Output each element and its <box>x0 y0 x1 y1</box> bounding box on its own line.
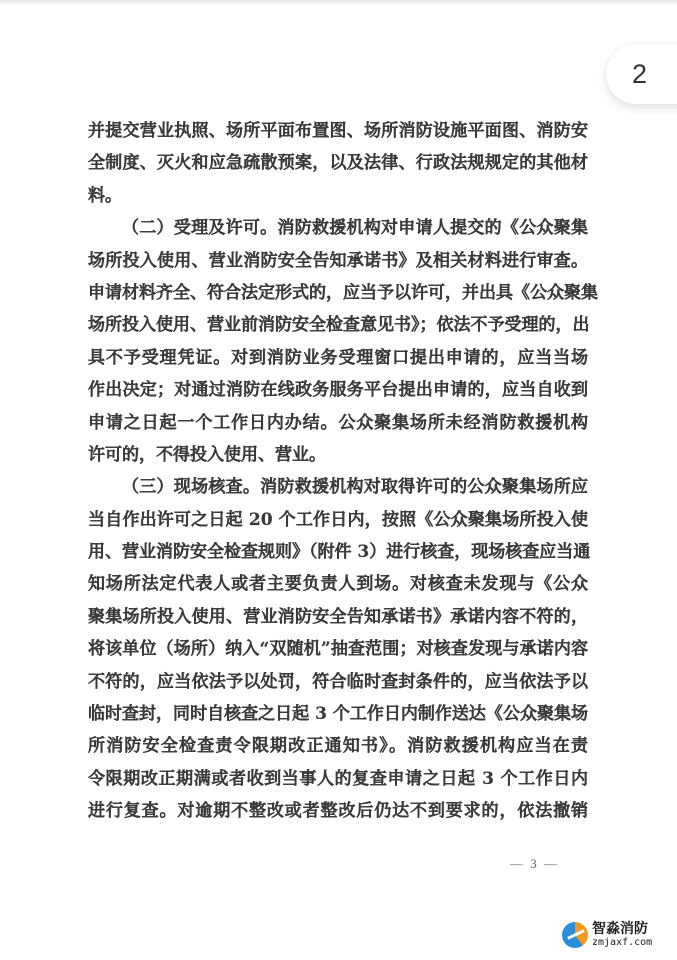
text-line: 全制度、灭火和应急疏散预案，以及法律、行政法规规定的其他材 <box>88 149 588 181</box>
text-line: 申请之日起一个工作日内办结。公众聚集场所未经消防救援机构 <box>88 409 588 441</box>
text-line: 知场所法定代表人或者主要负责人到场。对核查未发现与《公众 <box>88 570 588 602</box>
text-line: 场所投入使用、营业前消防安全检查意见书》；依法不予受理的，出 <box>88 311 588 343</box>
text-line: 进行复查。对逾期不整改或者整改后仍达不到要求的，依法撤销 <box>88 797 588 829</box>
text-line: 将该单位（场所）纳入“双随机”抽查范围；对核查发现与承诺内容 <box>88 635 588 667</box>
text-line: 场所投入使用、营业消防安全告知承诺书》及相关材料进行审查。 <box>88 247 588 279</box>
text-line: 不符的，应当依法予以处罚，符合临时查封条件的，应当依法予以 <box>88 668 588 700</box>
top-shadow <box>0 0 677 6</box>
watermark: 智淼消防 zmjaxf.com <box>562 922 652 948</box>
text-line: 用、营业消防安全检查规则》（附件 3）进行核查，现场核查应当通 <box>88 538 588 570</box>
text-line: 料。 <box>88 182 588 214</box>
watermark-brand: 智淼消防 <box>592 922 652 936</box>
text-line: 具不予受理凭证。对到消防业务受理窗口提出申请的，应当当场 <box>88 344 588 376</box>
page-footer-number: — 3 — <box>510 856 559 872</box>
text-line: 临时查封，同时自核查之日起 3 个工作日内制作送达《公众聚集场 <box>88 700 588 732</box>
page-number-badge[interactable]: 2 <box>606 44 677 104</box>
section-heading-line: （三）现场核查。消防救援机构对取得许可的公众聚集场所应 <box>88 473 588 505</box>
document-page: 并提交营业执照、场所平面布置图、场所消防设施平面图、消防安 全制度、灭火和应急疏… <box>88 117 588 830</box>
text-line: 许可的，不得投入使用、营业。 <box>88 441 588 473</box>
zm-logo-icon <box>562 922 588 948</box>
watermark-url: zmjaxf.com <box>592 938 652 948</box>
text-line: 申请材料齐全、符合法定形式的，应当予以许可，并出具《公众聚集 <box>88 279 588 311</box>
text-line: 所消防安全检查责令限期改正通知书》。消防救援机构应当在责 <box>88 732 588 764</box>
section-heading-line: （二）受理及许可。消防救援机构对申请人提交的《公众聚集 <box>88 214 588 246</box>
text-line: 令限期改正期满或者收到当事人的复查申请之日起 3 个工作日内 <box>88 765 588 797</box>
text-line: 聚集场所投入使用、营业消防安全告知承诺书》承诺内容不符的， <box>88 603 588 635</box>
text-line: 当自作出许可之日起 20 个工作日内，按照《公众聚集场所投入使 <box>88 506 588 538</box>
page-number-label: 2 <box>632 59 647 90</box>
text-line: 作出决定；对通过消防在线政务服务平台提出申请的，应当自收到 <box>88 376 588 408</box>
text-line: 并提交营业执照、场所平面布置图、场所消防设施平面图、消防安 <box>88 117 588 149</box>
